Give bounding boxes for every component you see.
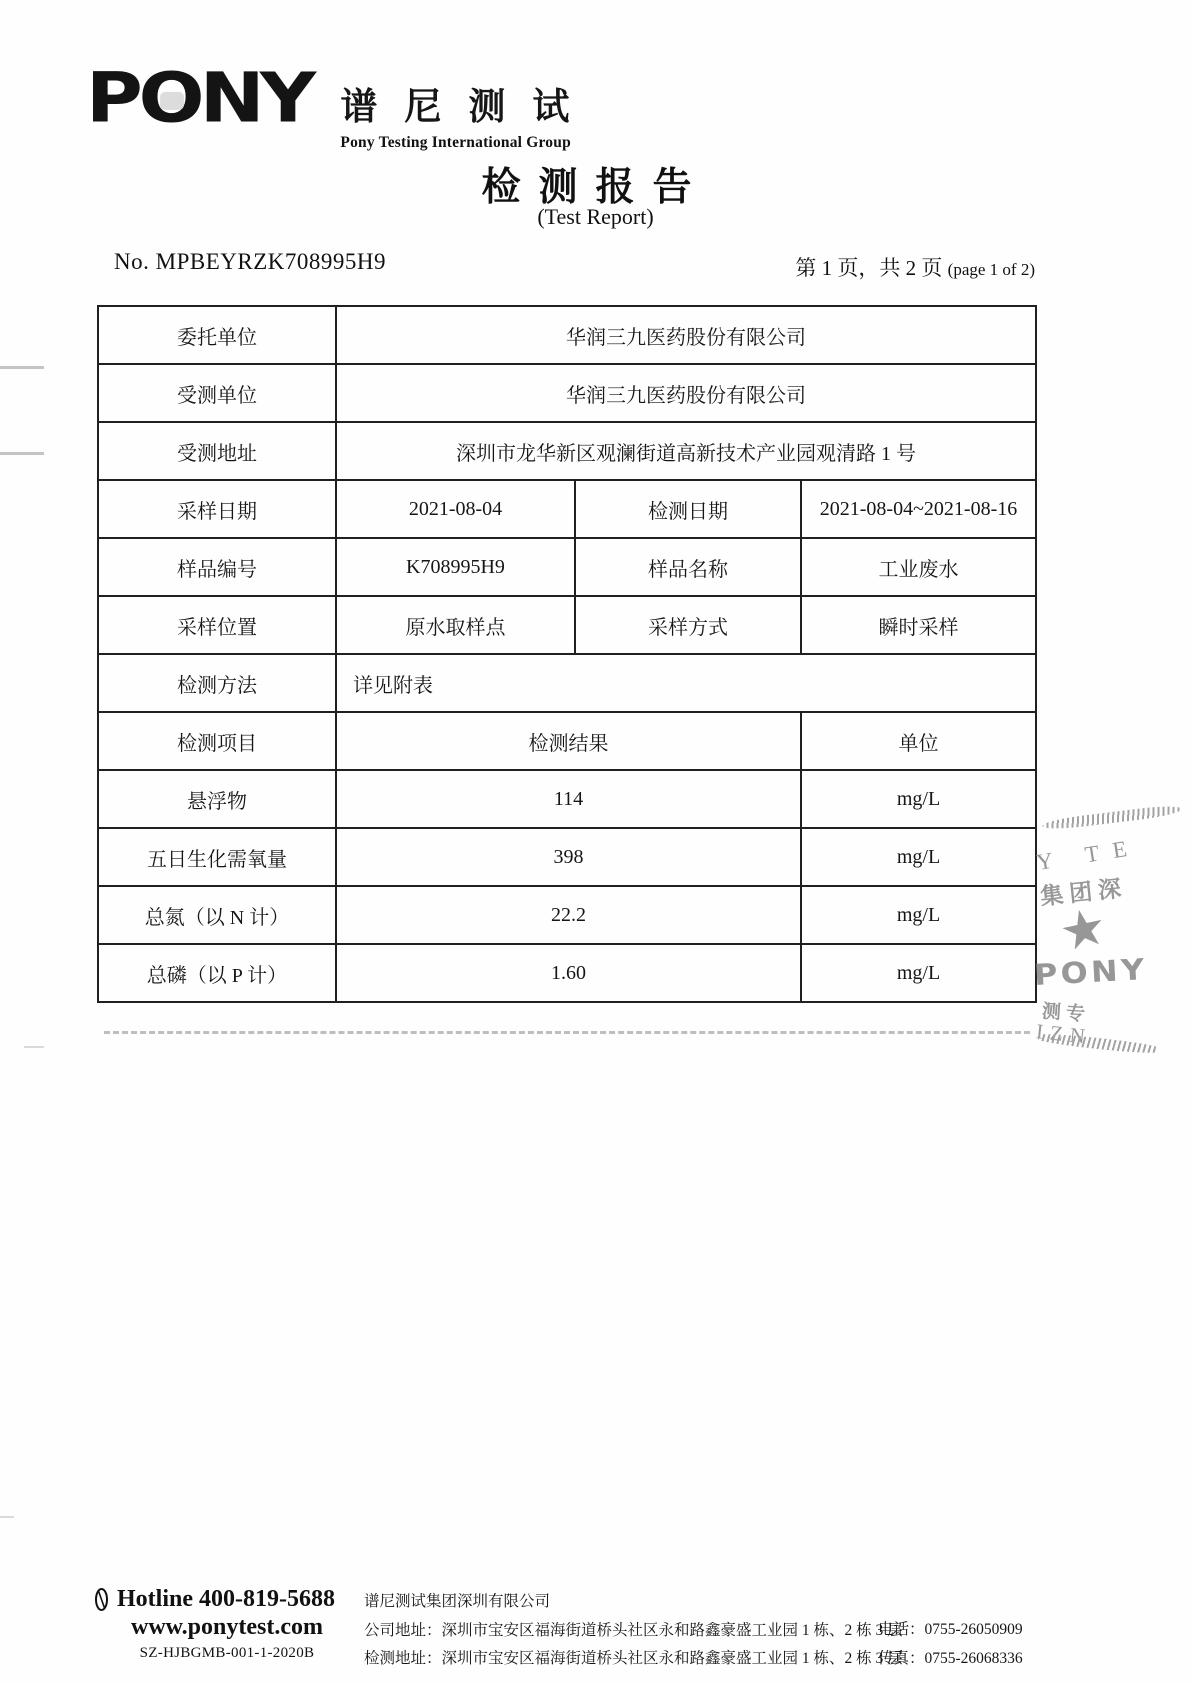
phone-number: 电话：0755-26050909 [878, 1616, 1023, 1645]
page-indicator-english: (page 1 of 2) [948, 260, 1035, 279]
table-row-sample: 样品编号 K708995H9 样品名称 工业废水 [98, 538, 1036, 596]
stamp-arc-bottom [1038, 1032, 1158, 1055]
scan-artifact [0, 366, 44, 369]
field-value: 2021-08-04~2021-08-16 [801, 480, 1036, 538]
stamp-ring-text-latin: Y TE [1035, 834, 1143, 876]
table-row-results-header: 检测项目 检测结果 单位 [98, 712, 1036, 770]
result-item: 总氮（以 N 计） [98, 886, 336, 944]
logo-letter-y: Y [260, 68, 316, 129]
field-value: 工业废水 [801, 538, 1036, 596]
result-value: 1.60 [336, 944, 801, 1002]
company-name: 谱尼测试集团深圳有限公司 [364, 1588, 903, 1617]
result-unit: mg/L [801, 886, 1036, 944]
field-value: 华润三九医药股份有限公司 [336, 364, 1036, 422]
scan-artifact [0, 452, 44, 455]
website-url: www.ponytest.com [94, 1614, 360, 1641]
result-value: 114 [336, 770, 801, 828]
field-label: 检测方法 [98, 654, 336, 712]
table-row-result: 悬浮物 114 mg/L [98, 770, 1036, 828]
field-value: 2021-08-04 [336, 480, 575, 538]
page-title-english: (Test Report) [0, 204, 1191, 230]
result-item: 总磷（以 P 计） [98, 944, 336, 1002]
logo-letter-n: N [200, 68, 265, 129]
scan-artifact-dashed-line [104, 1031, 1030, 1034]
stamp-brand-text: PONY [1033, 952, 1148, 992]
report-table: 委托单位 华润三九医药股份有限公司 受测单位 华润三九医药股份有限公司 受测地址… [97, 305, 1037, 1003]
logo-letter-p: P [86, 68, 143, 129]
scan-artifact [24, 1046, 44, 1048]
result-value: 398 [336, 828, 801, 886]
company-stamp: Y TE 集团深 ★ PONY 测专 IZN [1034, 812, 1191, 1052]
test-address: 检测地址：深圳市宝安区福海街道桥头社区永和路鑫豪盛工业园 1 栋、2 栋 3 层 [364, 1645, 903, 1674]
table-row-address: 受测地址 深圳市龙华新区观澜街道高新技术产业园观清路 1 号 [98, 422, 1036, 480]
footer-company-block: 谱尼测试集团深圳有限公司 公司地址：深圳市宝安区福海街道桥头社区永和路鑫豪盛工业… [364, 1588, 903, 1674]
logo-o-counter [160, 92, 184, 110]
field-value: 瞬时采样 [801, 596, 1036, 654]
field-label: 采样位置 [98, 596, 336, 654]
field-value: 原水取样点 [336, 596, 575, 654]
company-address: 公司地址：深圳市宝安区福海街道桥头社区永和路鑫豪盛工业园 1 栋、2 栋 3 层 [364, 1617, 903, 1646]
field-value: K708995H9 [336, 538, 575, 596]
field-label: 采样方式 [575, 596, 801, 654]
phone-icon [94, 1587, 109, 1612]
brand-name-chinese: 谱尼测试 [340, 76, 596, 130]
table-row-sampling: 采样位置 原水取样点 采样方式 瞬时采样 [98, 596, 1036, 654]
document-code: SZ-HJBGMB-001-1-2020B [94, 1645, 360, 1662]
field-value: 华润三九医药股份有限公司 [336, 306, 1036, 364]
footer-phone-block: 电话：0755-26050909 传真：0755-26068336 [878, 1616, 1023, 1673]
result-value: 22.2 [336, 886, 801, 944]
field-label: 采样日期 [98, 480, 336, 538]
field-value: 详见附表 [336, 654, 1036, 712]
report-page: P O N Y 谱尼测试 Pony Testing International … [0, 0, 1191, 1684]
table-row-tested-org: 受测单位 华润三九医药股份有限公司 [98, 364, 1036, 422]
field-label: 委托单位 [98, 306, 336, 364]
page-indicator: 第 1 页，共 2 页 (page 1 of 2) [795, 252, 1035, 282]
column-header-result: 检测结果 [336, 712, 801, 770]
brand-header: P O N Y 谱尼测试 Pony Testing International … [88, 66, 596, 152]
brand-text: 谱尼测试 Pony Testing International Group [340, 66, 596, 152]
table-row-result: 总氮（以 N 计） 22.2 mg/L [98, 886, 1036, 944]
field-label: 检测日期 [575, 480, 801, 538]
stamp-arc-top [1042, 804, 1182, 832]
field-label: 样品名称 [575, 538, 801, 596]
logo-letter-o: O [138, 68, 204, 129]
field-label: 受测地址 [98, 422, 336, 480]
hotline-row: Hotline 400-819-5688 [94, 1586, 360, 1613]
pony-logo: P O N Y [88, 68, 314, 129]
field-value: 深圳市龙华新区观澜街道高新技术产业园观清路 1 号 [336, 422, 1036, 480]
result-unit: mg/L [801, 828, 1036, 886]
field-label: 受测单位 [98, 364, 336, 422]
page-indicator-chinese: 第 1 页，共 2 页 [795, 256, 942, 280]
table-row-client: 委托单位 华润三九医药股份有限公司 [98, 306, 1036, 364]
brand-name-english: Pony Testing International Group [340, 134, 596, 152]
result-unit: mg/L [801, 770, 1036, 828]
hotline-number: Hotline 400-819-5688 [117, 1586, 335, 1613]
field-label: 样品编号 [98, 538, 336, 596]
column-header-item: 检测项目 [98, 712, 336, 770]
scan-artifact [0, 1516, 14, 1518]
table-row-result: 五日生化需氧量 398 mg/L [98, 828, 1036, 886]
result-unit: mg/L [801, 944, 1036, 1002]
result-item: 五日生化需氧量 [98, 828, 336, 886]
column-header-unit: 单位 [801, 712, 1036, 770]
report-number-value: MPBEYRZK708995H9 [156, 249, 386, 274]
table-row-result: 总磷（以 P 计） 1.60 mg/L [98, 944, 1036, 1002]
result-item: 悬浮物 [98, 770, 336, 828]
table-row-dates: 采样日期 2021-08-04 检测日期 2021-08-04~2021-08-… [98, 480, 1036, 538]
report-number-label: No. [114, 249, 149, 274]
table-row-method: 检测方法 详见附表 [98, 654, 1036, 712]
footer-contact-block: Hotline 400-819-5688 www.ponytest.com SZ… [94, 1586, 360, 1662]
fax-number: 传真：0755-26068336 [878, 1645, 1023, 1674]
report-number: No. MPBEYRZK708995H9 [114, 249, 386, 275]
